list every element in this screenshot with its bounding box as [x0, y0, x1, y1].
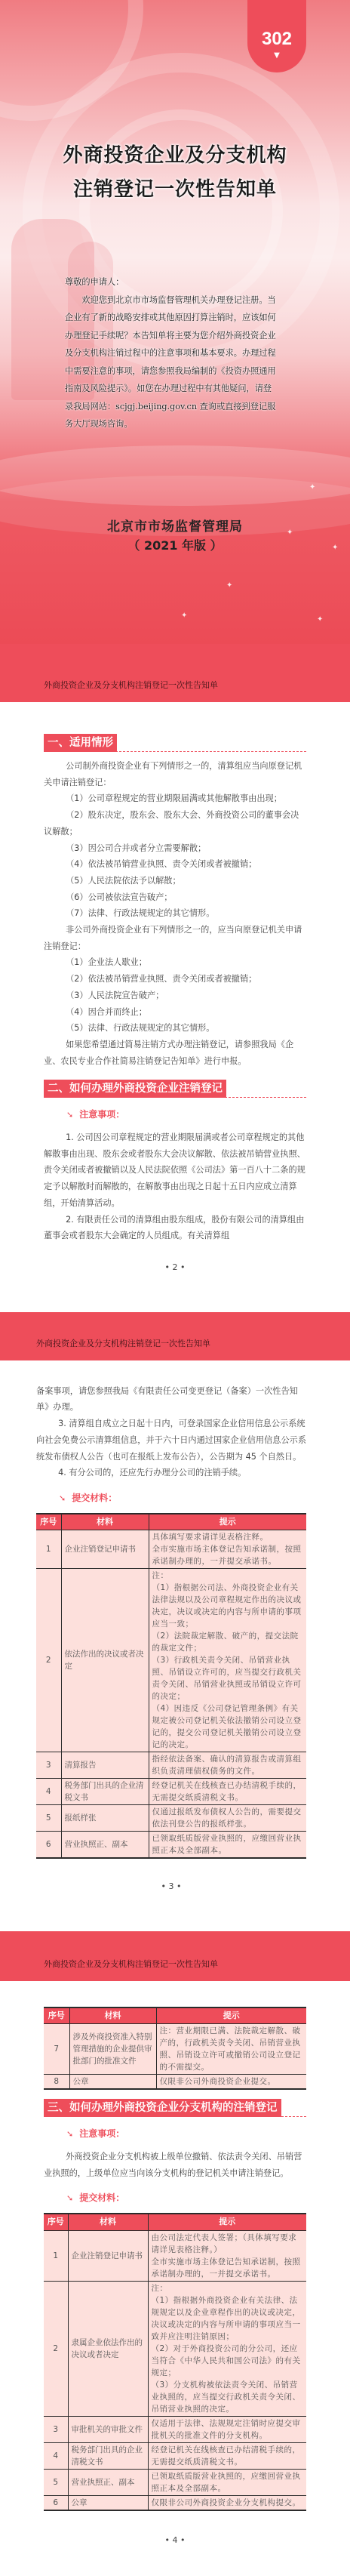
table-row: 2隶属企业依法作出的决议或者决定注： （1）指根据外商投资企业有关法律、法规规定…	[44, 2281, 306, 2416]
page-header-title: 外商投资企业及分支机构注销登记一次性告知单	[44, 1958, 218, 1981]
page-number: • 2 •	[44, 1259, 306, 1276]
table-row: 8公章仅限非公司外商投资企业提交。	[44, 2075, 306, 2090]
page-number: • 3 •	[36, 1878, 306, 1895]
cell-tip: 注： （1）指根据外商投资企业有关法律、法规规定以及企业章程作出的决议或决定，决…	[148, 2281, 306, 2416]
arrow-down-right-icon: ➘	[59, 1490, 66, 1507]
cell-tip: 注： （1）指根据公司法、外商投资企业有关法律法规以及公司章程规定作出的决议或决…	[149, 1569, 306, 1752]
paragraph: 3. 清算组自成立之日起十日内，可登录国家企业信用信息公示系统向社会免费公示清算…	[36, 1416, 306, 1465]
materials-table: 序号 材料 提示 1企业注销登记申请书具体填写要求请详见表格注释。 全市实施市场…	[36, 1513, 306, 1860]
paragraph: 非公司外商投资企业有下列情形之一的，应当向原登记机关申请注销登记：	[44, 922, 306, 954]
cell-material: 企业注销登记申请书	[61, 1530, 149, 1569]
sparkle-icon: ✦	[226, 581, 232, 590]
materials-heading: ➘ 提交材料：	[59, 1490, 306, 1507]
cell-material: 营业执照正、副本	[68, 2469, 148, 2495]
cell-tip: 经登记机关在线核查已办结清税手续的，无需提交纸质清税文书。	[148, 2442, 306, 2469]
notes-heading: ➘ 注意事项：	[66, 2126, 306, 2143]
cell-material: 涉及外商投资准入特别管理措施的企业提供审批部门的批准文件	[69, 2024, 156, 2075]
page-number: • 4 •	[44, 2532, 306, 2549]
cell-material: 公章	[68, 2495, 148, 2510]
cell-no: 3	[44, 2416, 68, 2442]
page-header-title: 外商投资企业及分支机构注销登记一次性告知单	[44, 679, 218, 702]
sparkle-icon: ✦	[181, 612, 187, 620]
section-title-branch-deregistration: 三、如何办理外商投资企业分支机构的注销登记	[44, 2099, 306, 2117]
cell-material: 企业注销登记申请书	[68, 2230, 148, 2281]
cell-tip: 由公司法定代表人签署；（具体填写要求请详见表格注释。） 全市实施市场主体登记告知…	[148, 2230, 306, 2281]
letter-body: 欢迎您到北京市市场监督管理机关办理登记注册。当企业有了新的战略安排或其他原因打算…	[65, 291, 280, 433]
page-2: 一、适用情形 公司制外商投资企业有下列情形之一的，清算组应当向原登记机关申请注销…	[0, 702, 350, 1276]
cell-material: 报纸样张	[61, 1805, 149, 1832]
section-title-applicable-cases: 一、适用情形	[44, 734, 306, 752]
cell-no: 2	[44, 2281, 68, 2416]
cell-no: 2	[36, 1569, 61, 1752]
table-row: 5营业执照正、副本已领取纸质版营业执照的，应缴回营业执照正本及全部副本。	[44, 2469, 306, 2495]
sparkle-icon: ✦	[317, 615, 323, 624]
paragraph: （1）公司章程规定的营业期限届满或其他解散事由出现；	[44, 790, 306, 807]
paragraph: （4）依法被吊销营业执照、责令关闭或者被撤销；	[44, 856, 306, 873]
cell-tip: 注：营业期限已满、法院裁定解散、破产的，行政机关责令关闭、吊销营业执照、吊销设立…	[156, 2024, 306, 2075]
cell-material: 税务部门出具的企业清税文书	[61, 1779, 149, 1805]
section-title-enterprise-deregistration: 二、如何办理外商投资企业注销登记	[44, 1080, 306, 1098]
cell-tip: 仅限非公司外商投资企业提交。	[156, 2075, 306, 2090]
header-material: 材料	[69, 2007, 156, 2024]
document: ✦ ✦ ✦ ✦ ✦ ✦ 302 ▼ 外商投资企业及分支机构 注销登记一次性告知单…	[0, 0, 350, 2548]
header-no: 序号	[44, 2007, 69, 2024]
cell-material: 税务部门出具的企业清税文书	[68, 2442, 148, 2469]
table-row: 1企业注销登记申请书由公司法定代表人签署；（具体填写要求请详见表格注释。） 全市…	[44, 2230, 306, 2281]
table-header-row: 序号 材料 提示	[44, 2007, 306, 2024]
header-no: 序号	[44, 2214, 68, 2230]
cell-tip: 仅适用于法律、法规规定注销时应提交审批机关的批准文件的分支机构。	[148, 2416, 306, 2442]
header-tip: 提示	[156, 2007, 306, 2024]
header-tip: 提示	[148, 2214, 306, 2230]
paragraph: （5）法律、行政法规规定的其它情形。	[44, 1020, 306, 1037]
document-number-badge: 302 ▼	[247, 0, 306, 72]
cell-material: 隶属企业依法作出的决议或者决定	[68, 2281, 148, 2416]
issuer-name: 北京市市场监督管理局	[0, 516, 350, 535]
cell-no: 7	[44, 2024, 69, 2075]
paragraph: （2）依法被吊销营业执照、责令关闭或者被撤销；	[44, 971, 306, 988]
note-paragraph: 1. 公司因公司章程规定的营业期限届满或者公司章程规定的其他解散事由出现、股东会…	[44, 1129, 306, 1212]
arrow-down-right-icon: ➘	[66, 1107, 73, 1123]
cell-no: 5	[36, 1805, 61, 1832]
arrow-down-right-icon: ➘	[66, 2126, 73, 2143]
cell-tip: 已领取纸质版营业执照的，应缴回营业执照正本及全部副本。	[148, 2469, 306, 2495]
paragraph: 如果您希望通过简易注销方式办理注销登记，请参照我局《企业、农民专业合作社简易注销…	[44, 1037, 306, 1069]
notes-continued: 备案事项，请您参照我局《有限责任公司变更登记（备案）一次性告知单》办理。3. 清…	[36, 1383, 306, 1481]
paragraph: 公司制外商投资企业有下列情形之一的，清算组应当向原登记机关申请注销登记：	[44, 758, 306, 790]
table-row: 4税务部门出具的企业清税文书经登记机关在线核查已办结清税手续的，无需提交纸质清税…	[44, 2442, 306, 2469]
paragraph: （6）公司被依法宣告破产；	[44, 889, 306, 906]
header-material: 材料	[61, 1514, 149, 1530]
cell-tip: 仅通过报纸发布债权人公告的，需要提交依法刊登公告的报纸样张。	[149, 1805, 306, 1832]
cell-no: 4	[36, 1779, 61, 1805]
table-row: 1企业注销登记申请书具体填写要求请详见表格注释。 全市实施市场主体登记告知承诺制…	[36, 1530, 306, 1569]
cover-title-line2: 注销登记一次性告知单	[0, 173, 350, 207]
cell-tip: 指经依法备案、确认的清算报告或清算组织负责清理债权债务的文件。	[149, 1752, 306, 1779]
table-row: 2依法作出的决议或者决定注： （1）指根据公司法、外商投资企业有关法律法规以及公…	[36, 1569, 306, 1752]
cover-title-line1: 外商投资企业及分支机构	[0, 139, 350, 173]
materials-heading: ➘ 提交材料：	[66, 2190, 306, 2207]
page-header-strip: 外商投资企业及分支机构注销登记一次性告知单	[0, 644, 350, 702]
table-row: 6营业执照正、副本已领取纸质版营业执照的，应缴回营业执照正本及全部副本。	[36, 1832, 306, 1859]
table-row: 3审批机关的审批文件仅适用于法律、法规规定注销时应提交审批机关的批准文件的分支机…	[44, 2416, 306, 2442]
cover-page: ✦ ✦ ✦ ✦ ✦ ✦ 302 ▼ 外商投资企业及分支机构 注销登记一次性告知单…	[0, 0, 350, 644]
cell-no: 4	[44, 2442, 68, 2469]
applicable-cases-list: 公司制外商投资企业有下列情形之一的，清算组应当向原登记机关申请注销登记：（1）公…	[44, 758, 306, 1069]
page-header-strip: 外商投资企业及分支机构注销登记一次性告知单	[0, 1312, 350, 1360]
note-paragraph: 外商投资企业分支机构被上级单位撤销、依法责令关闭、吊销营业执照的，上级单位应当向…	[44, 2149, 306, 2181]
cover-letter: 尊敬的申请人： 欢迎您到北京市市场监督管理机关办理登记注册。当企业有了新的战略安…	[65, 273, 280, 433]
cell-no: 8	[44, 2075, 69, 2090]
table-row: 5报纸样张仅通过报纸发布债权人公告的，需要提交依法刊登公告的报纸样张。	[36, 1805, 306, 1832]
paragraph: （3）因公司合并或者分立需要解散；	[44, 840, 306, 857]
cell-no: 1	[44, 2230, 68, 2281]
page-header-strip: 外商投资企业及分支机构注销登记一次性告知单	[0, 1931, 350, 1981]
page-header-title: 外商投资企业及分支机构注销登记一次性告知单	[36, 1337, 210, 1360]
cell-no: 6	[44, 2495, 68, 2510]
table-header-row: 序号 材料 提示	[36, 1514, 306, 1530]
cell-tip: 具体填写要求请详见表格注释。 全市实施市场主体登记告知承诺制，按照承诺制办理的，…	[149, 1530, 306, 1569]
page-3: 备案事项，请您参照我局《有限责任公司变更登记（备案）一次性告知单》办理。3. 清…	[0, 1360, 350, 1895]
cell-tip: 仅限非公司外商投资企业分支机构提交。	[148, 2495, 306, 2510]
paragraph: （2）股东决定，股东会、股东大会、外商投资公司的董事会决议解散；	[44, 807, 306, 840]
cell-tip: 已领取纸质版营业执照的，应缴回营业执照正本及全部副本。	[149, 1832, 306, 1859]
paragraph: 4. 有分公司的，还应先行办理分公司的注销手续。	[36, 1465, 306, 1481]
cell-tip: 经登记机关在线核查已办结清税手续的，无需提交纸质清税文书。	[149, 1779, 306, 1805]
paragraph: 备案事项，请您参照我局《有限责任公司变更登记（备案）一次性告知单》办理。	[36, 1383, 306, 1416]
cell-no: 6	[36, 1832, 61, 1859]
issuer-block: 北京市市场监督管理局 （ 2021 年版 ）	[0, 516, 350, 553]
paragraph: （1）企业法人歇业；	[44, 954, 306, 971]
header-material: 材料	[68, 2214, 148, 2230]
cell-material: 清算报告	[61, 1752, 149, 1779]
table-row: 6公章仅限非公司外商投资企业分支机构提交。	[44, 2495, 306, 2510]
cell-material: 审批机关的审批文件	[68, 2416, 148, 2442]
table-row: 3清算报告指经依法备案、确认的清算报告或清算组织负责清理债权债务的文件。	[36, 1752, 306, 1779]
paragraph: （4）因合并而终止；	[44, 1004, 306, 1021]
cell-material: 营业执照正、副本	[61, 1832, 149, 1859]
arrow-down-right-icon: ➘	[66, 2190, 73, 2207]
cell-no: 5	[44, 2469, 68, 2495]
edition-year: （ 2021 年版 ）	[0, 536, 350, 553]
notes-heading: ➘ 注意事项：	[66, 1107, 306, 1123]
header-no: 序号	[36, 1514, 61, 1530]
paragraph: （5）人民法院依法予以解散；	[44, 873, 306, 889]
document-number: 302	[247, 0, 306, 50]
header-tip: 提示	[149, 1514, 306, 1530]
note-paragraph: 2. 有限责任公司的清算组由股东组成，股份有限公司的清算组由董事会或者股东大会确…	[44, 1212, 306, 1244]
sparkle-icon: ✦	[309, 483, 315, 491]
cell-no: 1	[36, 1530, 61, 1569]
paragraph: （7）法律、行政法规规定的其它情形。	[44, 905, 306, 922]
paragraph: （3）人民法院宣告破产；	[44, 988, 306, 1004]
triangle-down-icon: ▼	[247, 51, 306, 60]
table-row: 4税务部门出具的企业清税文书经登记机关在线核查已办结清税手续的，无需提交纸质清税…	[36, 1779, 306, 1805]
cell-material: 依法作出的决议或者决定	[61, 1569, 149, 1752]
table-row: 7涉及外商投资准入特别管理措施的企业提供审批部门的批准文件注：营业期限已满、法院…	[44, 2024, 306, 2075]
letter-salutation: 尊敬的申请人：	[65, 273, 280, 291]
branch-materials-table: 序号 材料 提示 1企业注销登记申请书由公司法定代表人签署；（具体填写要求请详见…	[44, 2213, 306, 2511]
materials-table-continued: 序号 材料 提示 7涉及外商投资准入特别管理措施的企业提供审批部门的批准文件注：…	[44, 2007, 306, 2091]
cell-no: 3	[36, 1752, 61, 1779]
page-4: 序号 材料 提示 7涉及外商投资准入特别管理措施的企业提供审批部门的批准文件注：…	[0, 1981, 350, 2549]
table-header-row: 序号 材料 提示	[44, 2214, 306, 2230]
cover-title: 外商投资企业及分支机构 注销登记一次性告知单	[0, 139, 350, 207]
cell-material: 公章	[69, 2075, 156, 2090]
